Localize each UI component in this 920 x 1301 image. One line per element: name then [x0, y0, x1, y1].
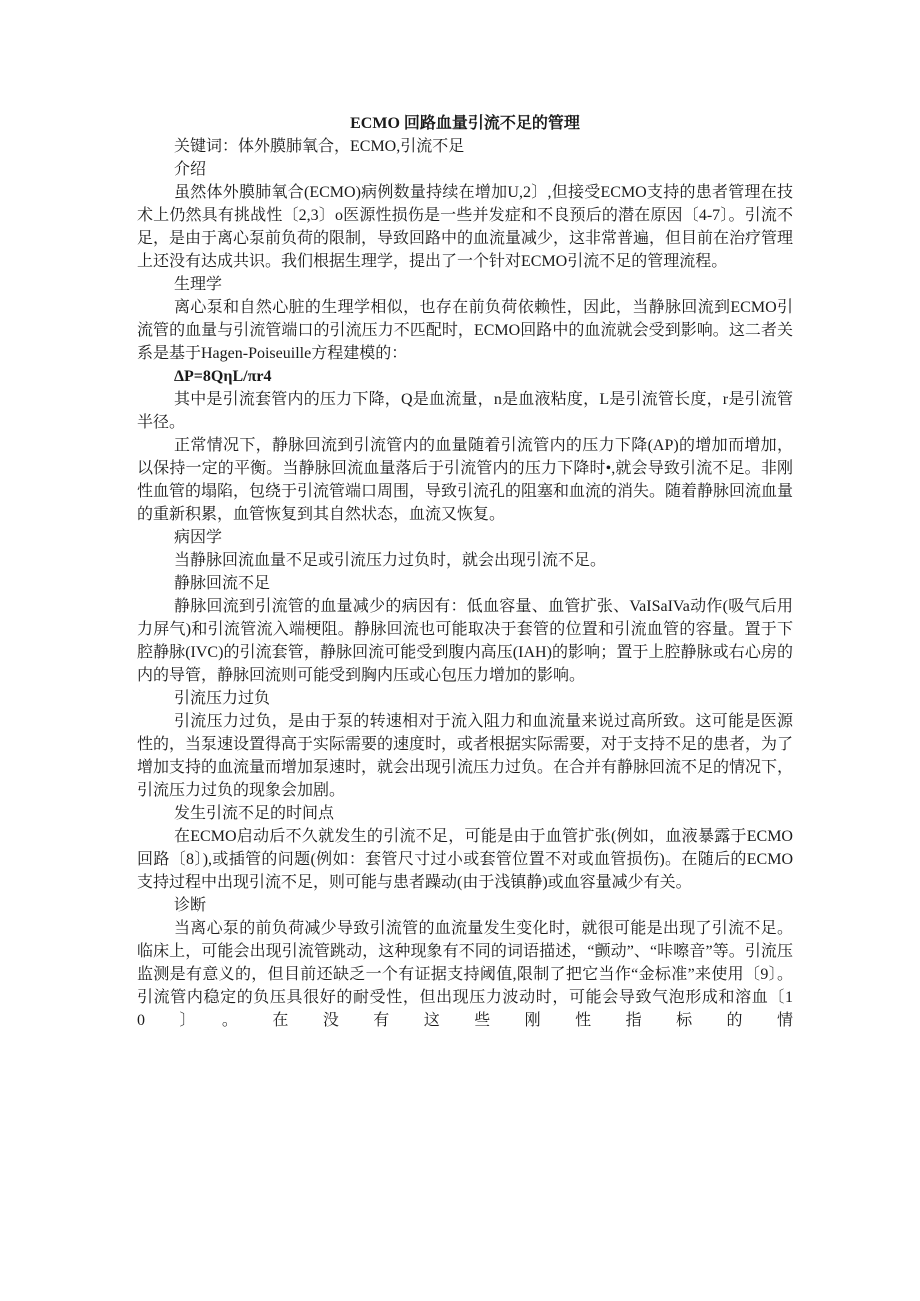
section-heading-intro: 介绍	[137, 158, 793, 181]
document-page: ECMO 回路血量引流不足的管理 关键词：体外膜肺氧合，ECMO,引流不足 介绍…	[137, 112, 793, 1032]
paragraph-timing: 在ECMO启动后不久就发生的引流不足，可能是由于血管扩张(例如，血液暴露于ECM…	[137, 825, 793, 894]
paragraph-physiology-3: 正常情况下，静脉回流到引流管内的血量随着引流管内的压力下降(AP)的增加而增加，…	[137, 434, 793, 526]
paragraph-physiology-1: 离心泵和自然心脏的生理学相似，也存在前负荷依赖性，因此，当静脉回流到ECMO引流…	[137, 296, 793, 365]
section-heading-drainage-pressure: 引流压力过负	[137, 687, 793, 710]
keywords-line: 关键词：体外膜肺氧合，ECMO,引流不足	[137, 135, 793, 158]
section-heading-physiology: 生理学	[137, 273, 793, 296]
document-title: ECMO 回路血量引流不足的管理	[137, 112, 793, 135]
section-heading-timing: 发生引流不足的时间点	[137, 802, 793, 825]
paragraph-diagnosis: 当离心泵的前负荷减少导致引流管的血流量发生变化时，就很可能是出现了引流不足。临床…	[137, 917, 793, 1032]
paragraph-etiology: 当静脉回流血量不足或引流压力过负时，就会出现引流不足。	[137, 549, 793, 572]
paragraph-intro: 虽然体外膜肺氧合(ECMO)病例数量持续在增加U,2〕,但接受ECMO支持的患者…	[137, 181, 793, 273]
section-heading-etiology: 病因学	[137, 526, 793, 549]
hagen-poiseuille-formula: ΔP=8QηL/πr4	[137, 365, 793, 388]
paragraph-venous-return: 静脉回流到引流管的血量减少的病因有：低血容量、血管扩张、VaISaIVa动作(吸…	[137, 595, 793, 687]
paragraph-drainage-pressure: 引流压力过负，是由于泵的转速相对于流入阻力和血流量来说过高所致。这可能是医源性的…	[137, 710, 793, 802]
paragraph-physiology-2: 其中是引流套管内的压力下降，Q是血流量，n是血液粘度，L是引流管长度，r是引流管…	[137, 388, 793, 434]
section-heading-venous-return: 静脉回流不足	[137, 572, 793, 595]
section-heading-diagnosis: 诊断	[137, 894, 793, 917]
